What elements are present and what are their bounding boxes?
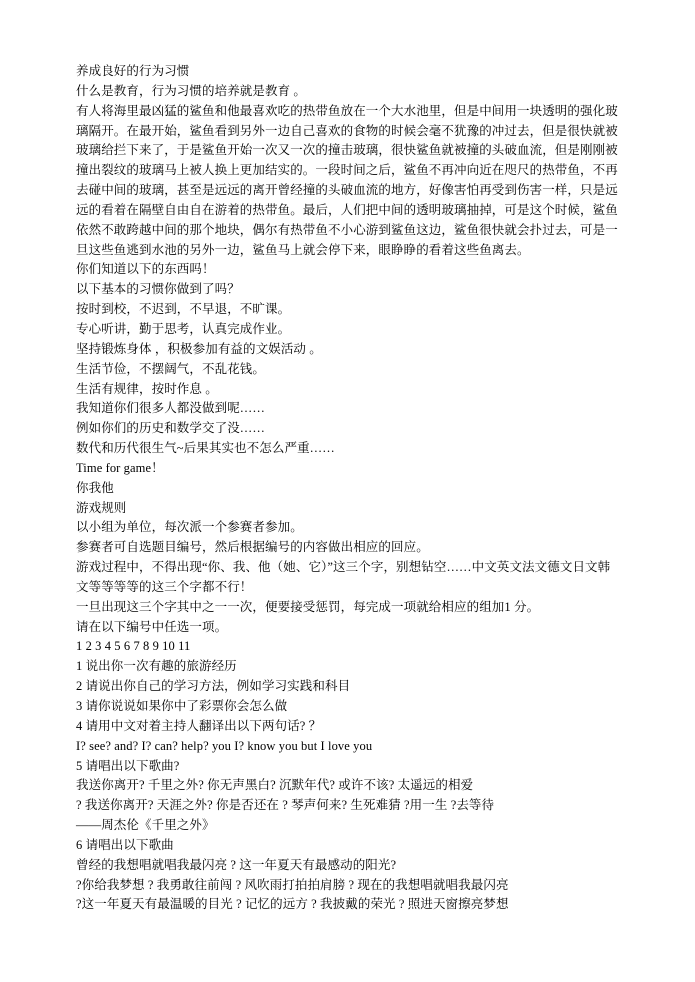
text-line: ?这一年夏天有最温暖的目光 ? 记忆的远方 ? 我披戴的荣光 ? 照进天窗擦亮梦… <box>76 895 636 915</box>
document-body: 养成良好的行为习惯什么是教育，行为习惯的培养就是教育 。有人将海里最凶猛的鲨鱼和… <box>76 62 636 915</box>
text-line: 去碰中间的玻璃，甚至是远远的离开曾经撞的头破血流的地方，好像害怕再受到伤害一样，… <box>76 181 636 201</box>
text-line: ?你给我梦想 ? 我勇敢往前闯 ? 风吹雨打拍拍肩膀 ? 现在的我想唱就唱我最闪… <box>76 876 636 896</box>
text-line: 生活有规律，按时作息 。 <box>76 380 636 400</box>
text-line: ? 我送你离开? 天涯之外? 你是否还在 ? 琴声何来? 生死难猜 ?用一生 ?… <box>76 796 636 816</box>
text-line: 3 请你说说如果你中了彩票你会怎么做 <box>76 697 636 717</box>
text-line: 请在以下编号中任选一项。 <box>76 618 636 638</box>
text-line: 4 请用中文对着主持人翻译出以下两句话? ？ <box>76 717 636 737</box>
text-line: 曾经的我想唱就唱我最闪亮 ? 这一年夏天有最感动的阳光? <box>76 856 636 876</box>
text-line: 你们知道以下的东西吗！ <box>76 260 636 280</box>
document-page: 养成良好的行为习惯什么是教育，行为习惯的培养就是教育 。有人将海里最凶猛的鲨鱼和… <box>0 0 695 982</box>
text-line: 文等等等等的这三个字都不行！ <box>76 578 636 598</box>
text-line: 以下基本的习惯你做到了吗？ <box>76 280 636 300</box>
text-line: 例如你们的历史和数学交了没…… <box>76 419 636 439</box>
text-line: 数代和历代很生气~后果其实也不怎么严重…… <box>76 439 636 459</box>
text-line: 一旦出现这三个字其中之一一次，便要接受惩罚，每完成一项就给相应的组加1 分。 <box>76 598 636 618</box>
text-line: 6 请唱出以下歌曲 <box>76 836 636 856</box>
text-line: 远的看着在隔壁自由自在游着的热带鱼。最后，人们把中间的透明玻璃抽掉，可是这个时候… <box>76 201 636 221</box>
text-line: I? see? and? I? can? help? you I? know y… <box>76 737 636 757</box>
text-line: 依然不敢跨越中间的那个地块，偶尔有热带鱼不小心游到鲨鱼这边，鲨鱼很快就会扑过去，… <box>76 221 636 241</box>
text-line: 我知道你们很多人都没做到呢…… <box>76 399 636 419</box>
text-line: 旦这些鱼逃到水池的另外一边，鲨鱼马上就会停下来，眼睁睁的看着这些鱼离去。 <box>76 241 636 261</box>
text-line: 什么是教育，行为习惯的培养就是教育 。 <box>76 82 636 102</box>
document-title-line: 养成良好的行为习惯 <box>76 62 636 82</box>
text-line: 生活节俭，不摆阔气，不乱花钱。 <box>76 360 636 380</box>
text-line: 参赛者可自选题目编号，然后根据编号的内容做出相应的回应。 <box>76 538 636 558</box>
text-line: 以小组为单位，每次派一个参赛者参加。 <box>76 518 636 538</box>
text-line: 撞出裂纹的玻璃马上被人换上更加结实的。一段时间之后，鲨鱼不再冲向近在咫尺的热带鱼… <box>76 161 636 181</box>
text-line: 按时到校，不迟到，不早退，不旷课。 <box>76 300 636 320</box>
text-line: 你我他 <box>76 479 636 499</box>
text-line: 游戏过程中，不得出现“你、我、他（她、它）”这三个字，别想钻空……中文英文法文德… <box>76 558 636 578</box>
text-line: 1 2 3 4 5 6 7 8 9 10 11 <box>76 637 636 657</box>
text-line: 玻璃给拦下来了，于是鲨鱼开始一次又一次的撞击玻璃，很快鲨鱼就被撞的头破血流，但是… <box>76 141 636 161</box>
text-line: 坚持锻炼身体 ，积极参加有益的文娱活动 。 <box>76 340 636 360</box>
text-line: 5 请唱出以下歌曲? <box>76 757 636 777</box>
text-line: 游戏规则 <box>76 499 636 519</box>
text-line: Time for game！ <box>76 459 636 479</box>
text-line: 璃隔开。在最开始，鲨鱼看到另外一边自己喜欢的食物的时候会毫不犹豫的冲过去，但是很… <box>76 122 636 142</box>
text-line: 有人将海里最凶猛的鲨鱼和他最喜欢吃的热带鱼放在一个大水池里，但是中间用一块透明的… <box>76 102 636 122</box>
text-line: 2 请说出你自己的学习方法，例如学习实践和科目 <box>76 677 636 697</box>
text-line: 1 说出你一次有趣的旅游经历 <box>76 657 636 677</box>
text-line: 我送你离开? 千里之外? 你无声黑白? 沉默年代? 或许不该? 太遥远的相爱 <box>76 776 636 796</box>
text-line: ——周杰伦《千里之外》 <box>76 816 636 836</box>
text-line: 专心听讲，勤于思考，认真完成作业。 <box>76 320 636 340</box>
